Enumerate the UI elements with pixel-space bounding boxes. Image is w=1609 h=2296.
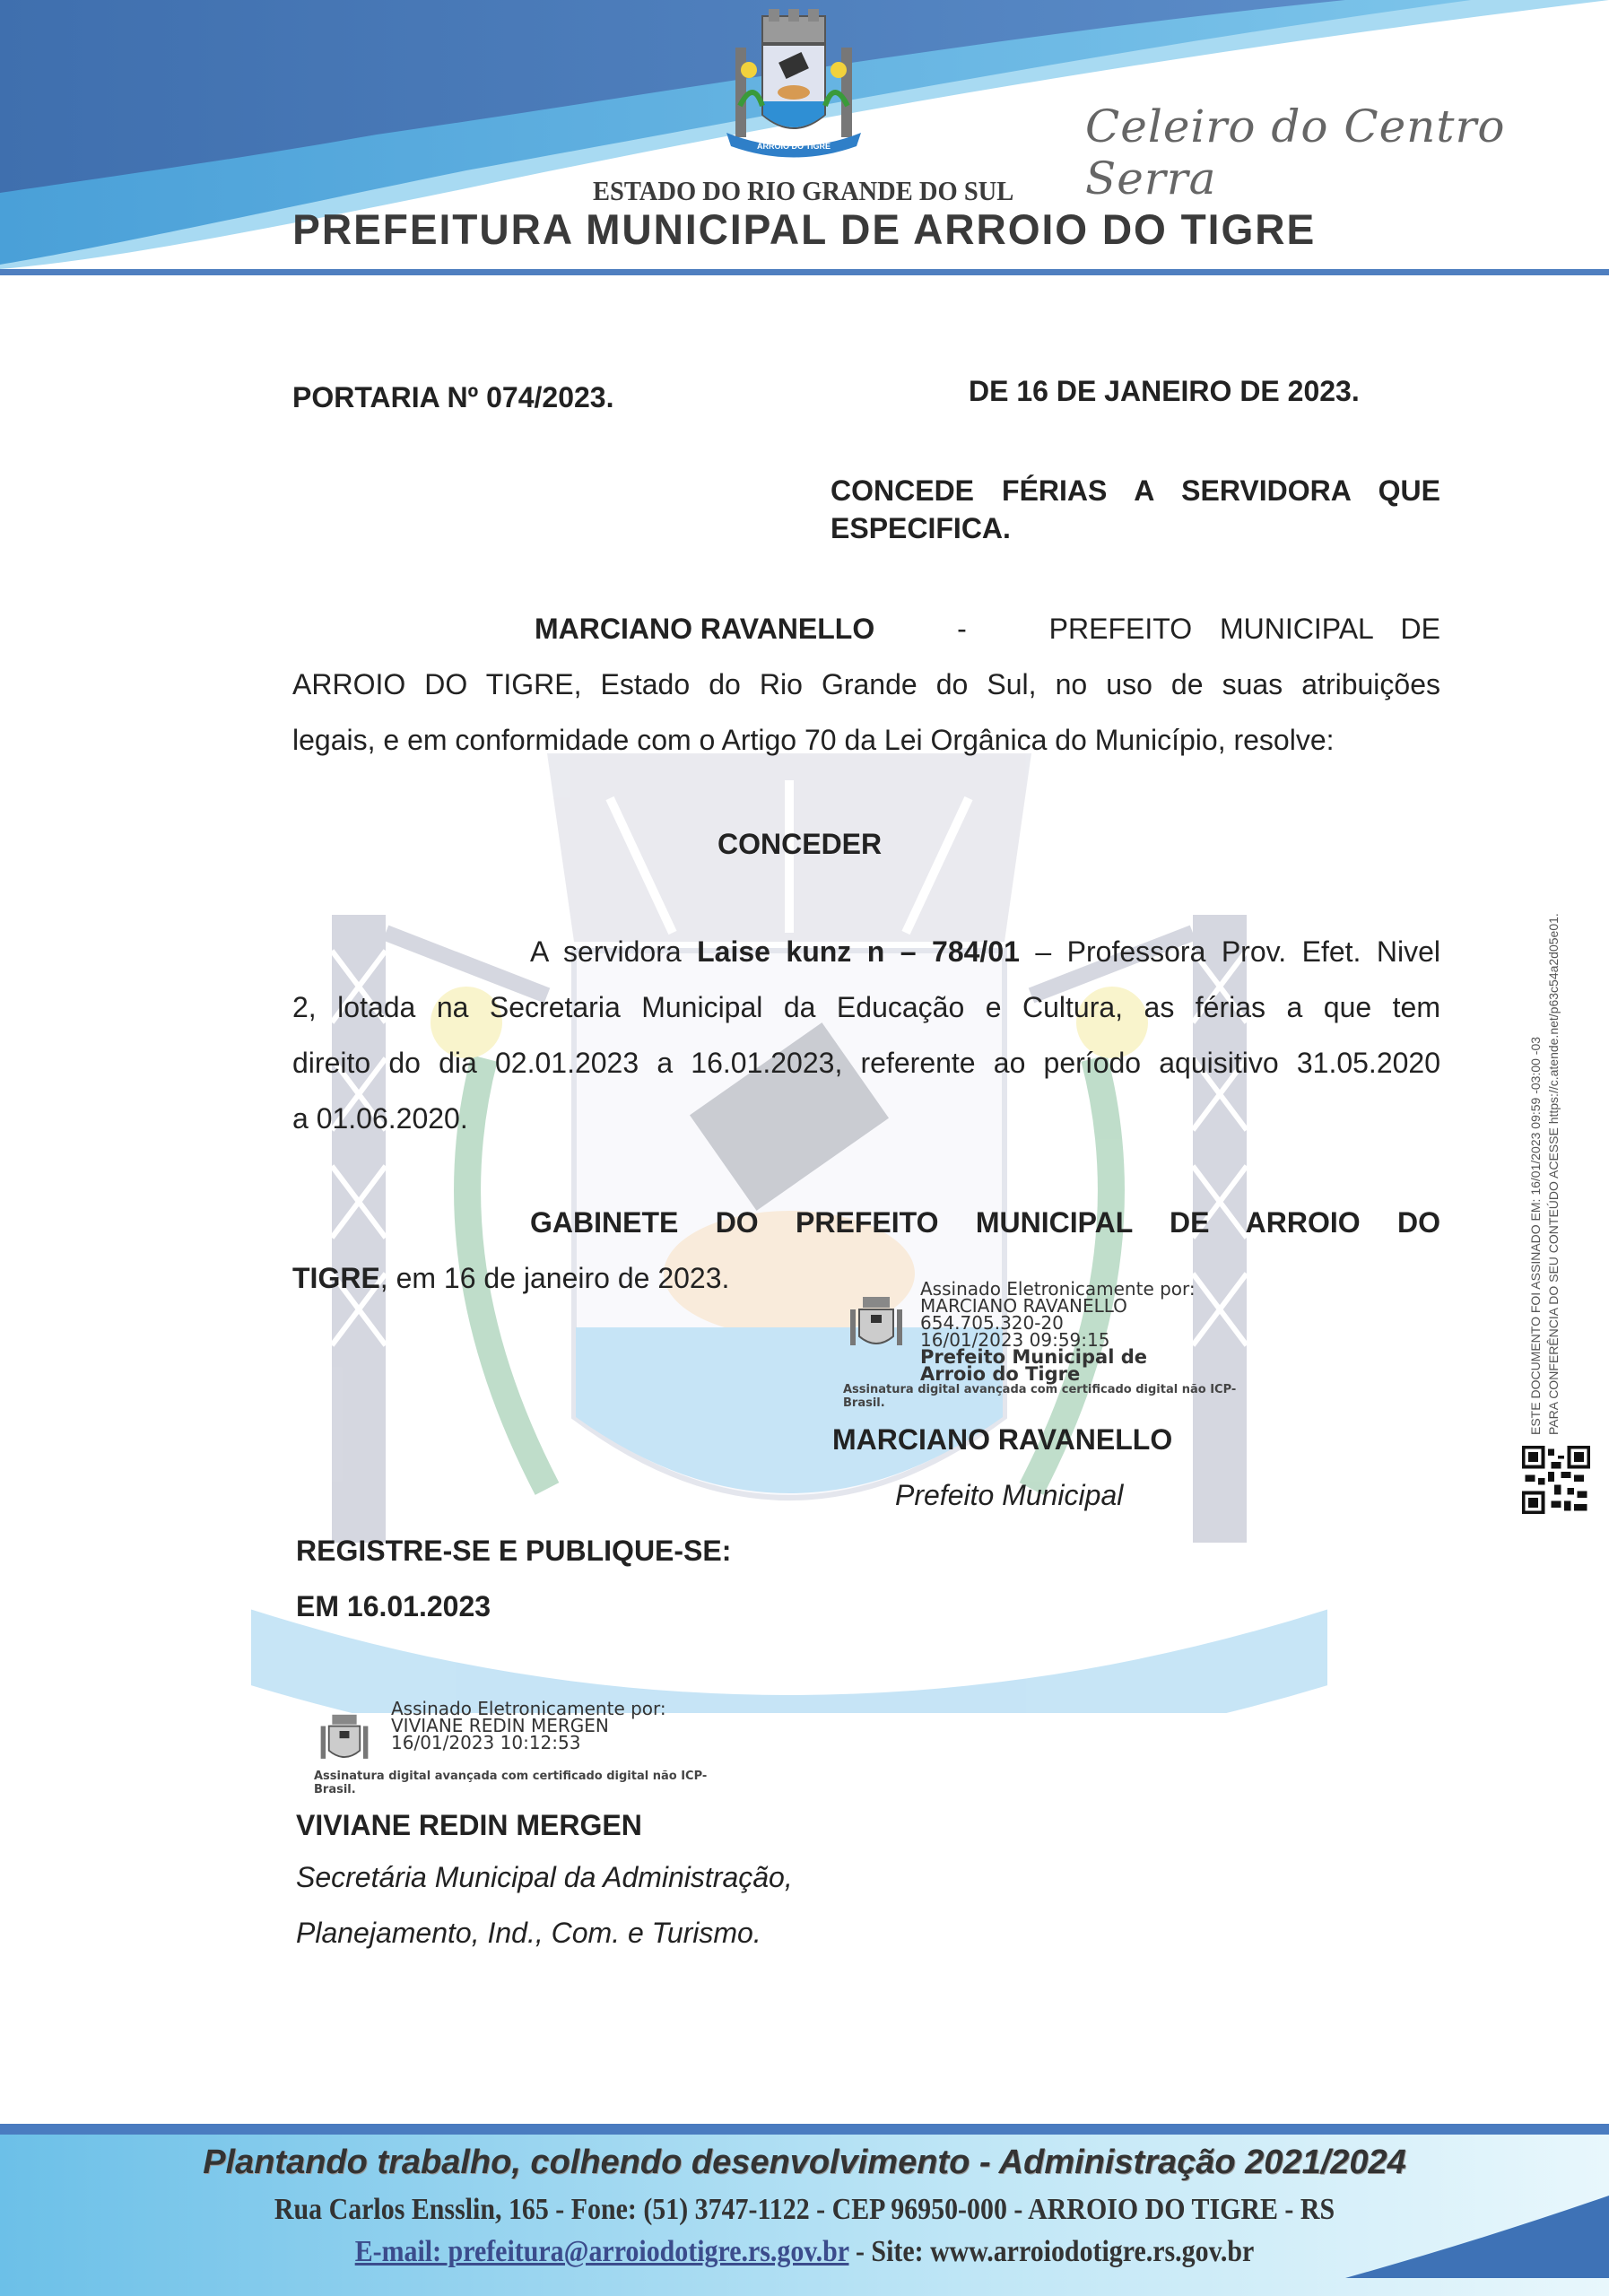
email-link[interactable]: E-mail: prefeitura@arroiodotigre.rs.gov.… <box>355 2235 849 2268</box>
body-paragraph: A servidora Laise kunz n – 784/01 – Prof… <box>292 924 1440 1146</box>
municipal-crest-icon: ARROIO DO TIGRE <box>713 7 874 160</box>
secretary-name: VIVIANE REDIN MERGEN <box>296 1797 642 1853</box>
employee-name: Laise kunz n – 784/01 <box>697 935 1020 968</box>
footer-contact: E-mail: prefeitura@arroiodotigre.rs.gov.… <box>97 2235 1513 2269</box>
secretary-signature-stamp: Assinado Eletronicamente por: VIVIANE RE… <box>314 1700 707 1796</box>
header-state: ESTADO DO RIO GRANDE DO SUL <box>63 175 1543 207</box>
portaria-date: DE 16 DE JANEIRO DE 2023. <box>969 363 1360 419</box>
portaria-summary: CONCEDE FÉRIAS A SERVIDORA QUE ESPECIFIC… <box>831 472 1440 547</box>
portaria-number: PORTARIA Nº 074/2023. <box>292 370 613 425</box>
secretary-role-line1: Secretária Municipal da Administração, <box>296 1849 793 1905</box>
preamble: MARCIANO RAVANELLO - PREFEITO MUNICIPAL … <box>292 601 1440 768</box>
register-date: EM 16.01.2023 <box>296 1578 491 1634</box>
qr-code-icon[interactable] <box>1522 1446 1590 1514</box>
stamp-crest-icon <box>317 1711 371 1769</box>
mayor-signature-stamp: Assinado Eletronicamente por: MARCIANO R… <box>843 1281 1236 1410</box>
stamp-crest-icon <box>847 1293 906 1356</box>
site-text: - Site: www.arroiodotigre.rs.gov.br <box>849 2235 1255 2268</box>
mayor-role: Prefeito Municipal <box>895 1467 1123 1523</box>
mayor-name: MARCIANO RAVANELLO <box>832 1412 1172 1467</box>
header-rule <box>0 269 1609 275</box>
footer-slogan: Plantando trabalho, colhendo desenvolvim… <box>0 2144 1609 2182</box>
verb-conceder: CONCEDER <box>718 816 882 872</box>
header-institution: PREFEITURA MUNICIPAL DE ARROIO DO TIGRE <box>16 204 1593 254</box>
svg-text:ARROIO DO TIGRE: ARROIO DO TIGRE <box>757 142 831 151</box>
verification-note: ESTE DOCUMENTO FOI ASSINADO EM: 16/01/20… <box>1526 913 1562 1435</box>
secretary-role-line2: Planejamento, Ind., Com. e Turismo. <box>296 1905 761 1961</box>
footer-address: Rua Carlos Ensslin, 165 - Fone: (51) 374… <box>97 2193 1513 2227</box>
register-line: REGISTRE-SE E PUBLIQUE-SE: <box>296 1523 731 1578</box>
